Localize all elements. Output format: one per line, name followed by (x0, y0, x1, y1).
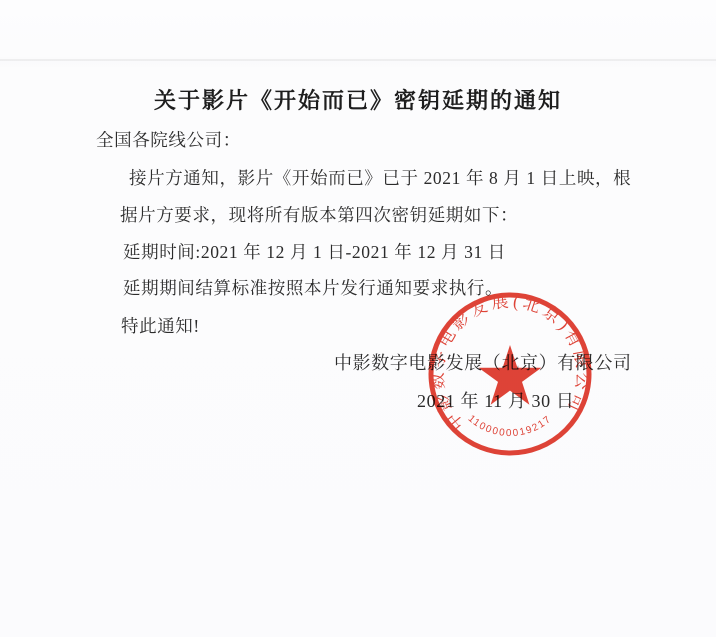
seal-outer-ring (431, 295, 589, 453)
notice-document-page: 关于影片《开始而已》密钥延期的通知 全国各院线公司： 接片方通知，影片《开始而已… (0, 0, 716, 637)
notice-title: 关于影片《开始而已》密钥延期的通知 (0, 84, 716, 115)
closing-line: 特此通知! (121, 315, 200, 337)
company-seal: 中影数字电影发展(北京)有限公司 1100000019217 (410, 274, 610, 474)
body-line-settlement: 延期期间结算标准按照本片发行通知要求执行。 (123, 277, 503, 299)
body-line-extension-period: 延期时间:2021 年 12 月 1 日-2021 年 12 月 31 日 (123, 241, 506, 263)
signature-date: 2021 年 11 月 30 日 (417, 390, 574, 412)
seal-serial-number: 1100000019217 (466, 413, 554, 439)
body-line-1: 接片方通知，影片《开始而已》已于 2021 年 8 月 1 日上映，根 (129, 167, 631, 189)
body-line-2: 据片方要求，现将所有版本第四次密钥延期如下： (120, 204, 518, 226)
scan-artifact-line (0, 59, 716, 61)
signature-company: 中影数字电影发展（北京）有限公司 (334, 352, 632, 374)
salutation-line: 全国各院线公司： (96, 129, 241, 151)
svg-text:1100000019217: 1100000019217 (466, 413, 554, 439)
